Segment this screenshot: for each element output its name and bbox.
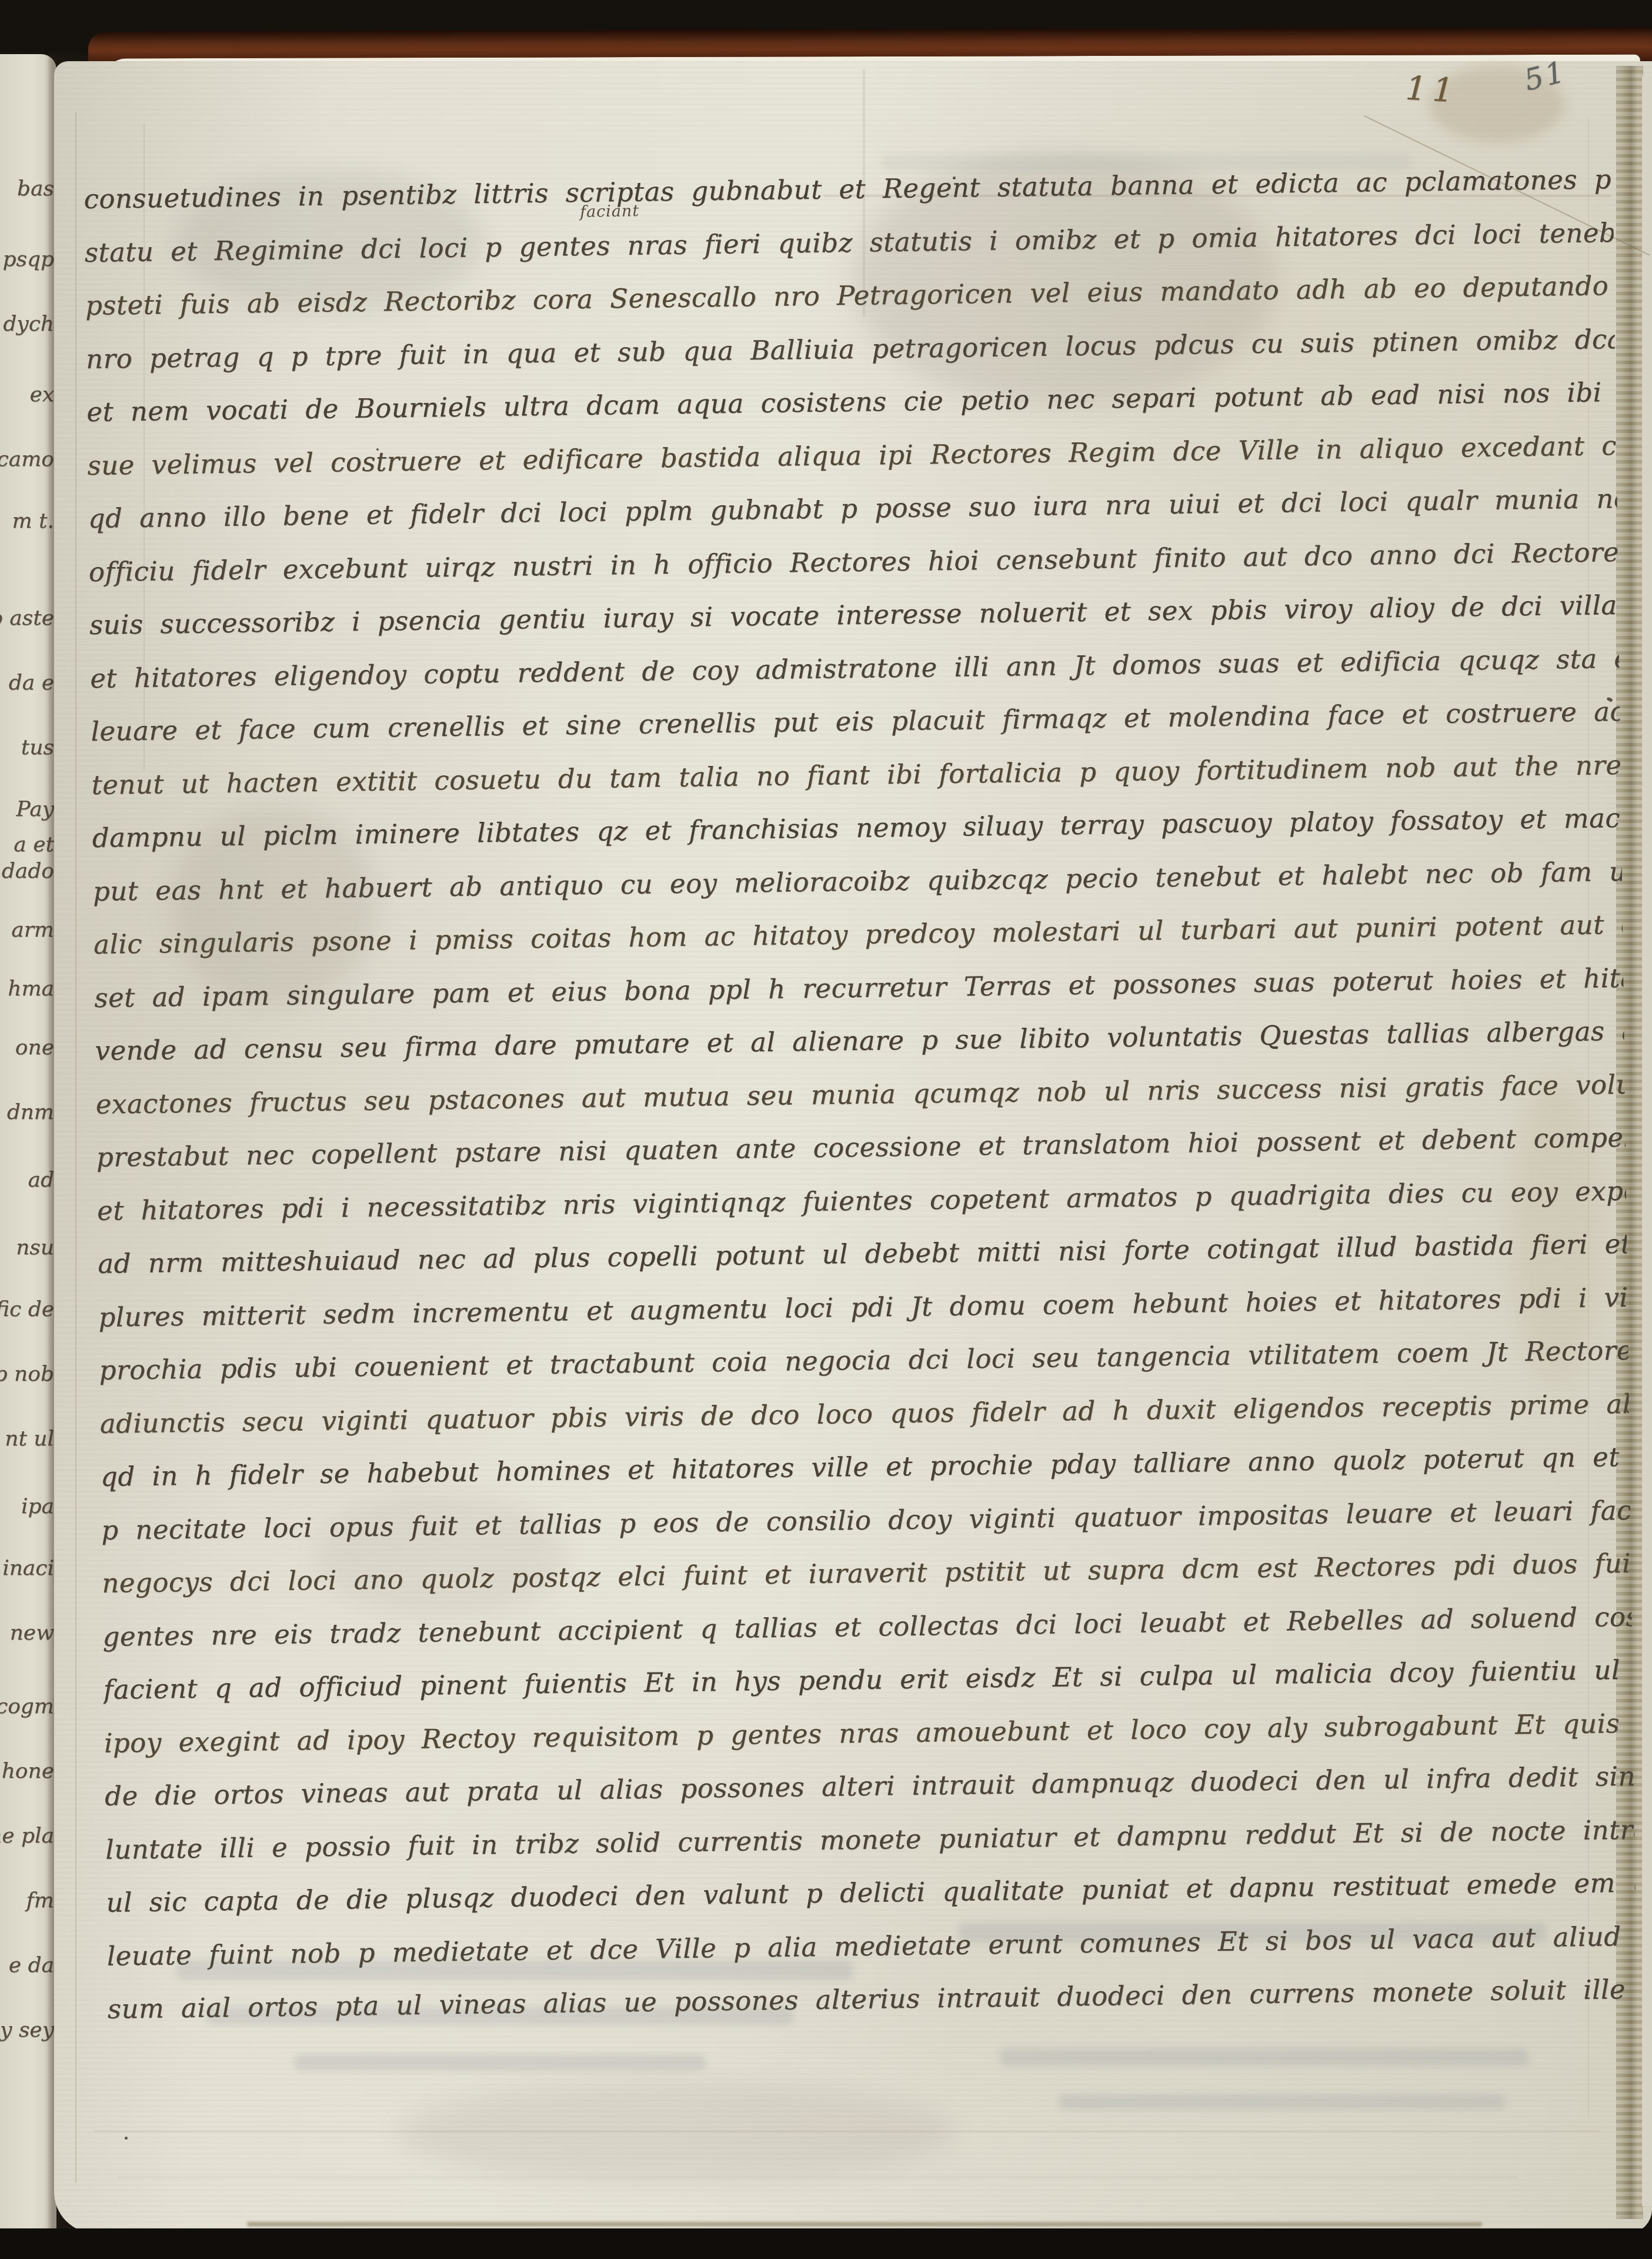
facing-page-fragment: cogm bbox=[0, 1694, 54, 1718]
facing-page-fragment: e da bbox=[9, 1953, 54, 1977]
facing-page-fragment: fic de bbox=[0, 1297, 54, 1321]
facing-page-fragment: o aste bbox=[0, 606, 54, 630]
facing-page-fragment: a et bbox=[14, 832, 54, 857]
show-through-mark bbox=[294, 2054, 706, 2071]
facing-page-fragment: m t. bbox=[12, 509, 55, 533]
crease-line bbox=[118, 2177, 1517, 2178]
photo-background-bottom bbox=[0, 2228, 1652, 2259]
facing-page-fragment: dnm bbox=[7, 1100, 54, 1124]
stain-mark bbox=[400, 2083, 953, 2183]
ink-speck bbox=[125, 2137, 128, 2140]
facing-page-fragment: y sey bbox=[0, 2018, 54, 2042]
folio-number-ink: 11 bbox=[1404, 69, 1460, 111]
facing-page-fragment: nt ul bbox=[5, 1427, 54, 1451]
facing-page-fragment: camo bbox=[0, 447, 54, 471]
facing-page-fragment: bas bbox=[17, 176, 54, 201]
facing-page-fragment: da e bbox=[9, 671, 54, 695]
facing-page-fragment: hone bbox=[2, 1759, 54, 1783]
show-through-mark bbox=[1000, 2048, 1529, 2066]
facing-page-fragment: hma bbox=[8, 977, 54, 1001]
show-through-mark bbox=[1059, 2094, 1506, 2110]
manuscript-photo: baspsqpdychexcamom t.o asteda etusPaydad… bbox=[0, 0, 1652, 2259]
facing-page-fragment: one bbox=[15, 1035, 54, 1059]
facing-page-fragment: inaci bbox=[2, 1556, 54, 1580]
facing-page-fragment: ne pla bbox=[0, 1824, 54, 1848]
text-block: consuetudines in psentibz littris script… bbox=[84, 153, 1637, 2044]
facing-page-text-fragments: baspsqpdychexcamom t.o asteda etusPaydad… bbox=[0, 54, 56, 2231]
facing-page-fragment: Pay bbox=[16, 797, 54, 821]
facing-page-fragment: new bbox=[10, 1621, 54, 1645]
margin-ruling-line bbox=[75, 112, 76, 2183]
facing-page-fragment: p nob bbox=[0, 1362, 54, 1386]
facing-page-fragment: nsu bbox=[16, 1235, 54, 1260]
outer-page-sliver bbox=[1642, 76, 1652, 2206]
page-bottom-edge bbox=[247, 2221, 1482, 2226]
facing-page-fragment: arm bbox=[11, 918, 54, 942]
facing-page-fragment: psqp bbox=[2, 247, 54, 271]
facing-page-fragment: dado bbox=[2, 859, 54, 883]
facing-page-fragment: dych bbox=[3, 312, 54, 336]
